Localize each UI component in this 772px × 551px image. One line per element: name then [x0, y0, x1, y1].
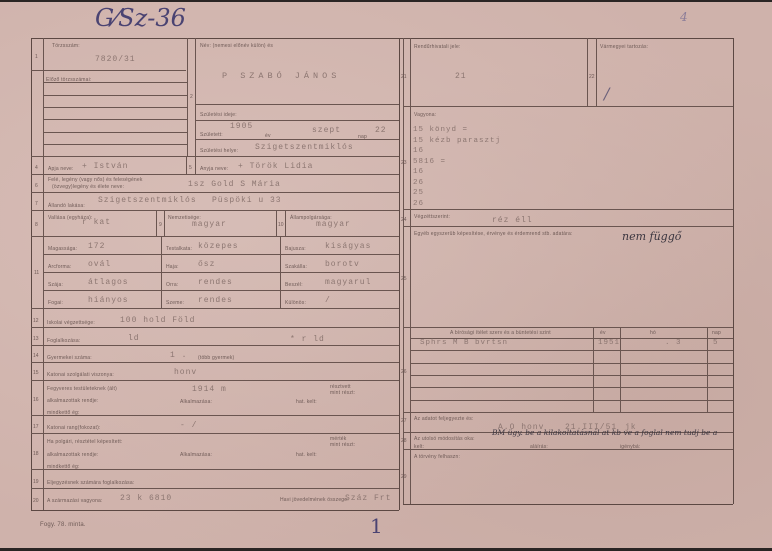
field-label: Az adatot feljegyezte és: [414, 416, 473, 422]
field-label: Született: [200, 132, 223, 138]
field-label: Anyja neve: [200, 166, 228, 172]
bottom-handwritten-mark: 1 [370, 514, 383, 538]
table-header: nap [712, 330, 721, 336]
field-number: 18 [33, 451, 39, 457]
address-city-value: Szigetszentmiklós [98, 196, 197, 205]
handwritten-remark: nem függő [622, 230, 681, 243]
field-label: Fogai: [48, 300, 63, 306]
description-value: magyarul [325, 278, 371, 287]
table-cell: 1951 [598, 339, 620, 347]
field-number: 8 [35, 222, 38, 228]
field-number: 9 [159, 222, 162, 228]
field-number: 13 [33, 336, 39, 342]
citizenship-value: magyar [316, 220, 351, 229]
field-number: 25 [401, 276, 407, 282]
table-cell: Sphrs M B bvrtsn [420, 339, 508, 347]
field-label: alkalmazottak rendje: [47, 452, 98, 458]
field-label: Arcforma: [48, 264, 71, 270]
nationality-value: magyar [192, 220, 227, 229]
field-number: 29 [401, 474, 407, 480]
description-value: borotv [325, 260, 360, 269]
field-label: Alkalmazása: [180, 399, 212, 405]
description-value: ovál [88, 260, 111, 269]
field-label: Végzéttszerint: [414, 214, 450, 220]
field-label: Az utolsó módosítás oka: [414, 436, 475, 442]
name-value: P SZABÓ JÁNOS [222, 71, 340, 81]
field-label: Vagyona: [414, 112, 436, 118]
field-number: 19 [33, 479, 39, 485]
description-value: 172 [88, 242, 105, 251]
handwritten-modification-note: BM ügy. be a kilakoltatásnál at kb ve a … [492, 428, 717, 437]
field-number: 27 [401, 418, 407, 424]
field-label: Gyermekei száma: [47, 355, 92, 361]
field-number: 15 [33, 370, 39, 376]
birth-place-value: Szigetszentmiklós [255, 143, 354, 152]
asset-line: 26 [413, 200, 424, 208]
field-label: Ha polgári, résztétel képesített: [47, 439, 123, 445]
asset-line: 25 [413, 189, 424, 197]
field-number: 12 [33, 318, 39, 324]
description-value: ősz [198, 260, 215, 269]
field-number: 24 [401, 217, 407, 223]
field-label: Foglalkozása: [47, 338, 80, 344]
field-label: Szeme: [166, 300, 184, 306]
field-number: 4 [35, 165, 38, 171]
field-label: Apja neve: [48, 166, 74, 172]
header-handwritten-note: G⁄Sz-36 [95, 4, 186, 32]
field-label: Állandó lakása: [48, 203, 85, 209]
occupation-note-value: * r ld [290, 335, 325, 344]
field-number: 28 [401, 438, 407, 444]
field-label: Különös: [285, 300, 306, 306]
field-label: Bajusza: [285, 246, 306, 252]
field-label: (több gyermek) [198, 355, 234, 361]
field-number: 22 [589, 74, 595, 80]
field-label: Katonai szolgálati viszonya: [47, 372, 114, 378]
birth-month-value: szept [312, 126, 341, 135]
father-name-value: + István [82, 162, 128, 171]
field-label: Havi jövedelmének összege: [280, 497, 349, 503]
field-number: 11 [34, 270, 39, 276]
military-status-value: honv [174, 368, 197, 377]
county-value: / [604, 84, 609, 103]
service-year-value: 1914 m [192, 385, 227, 394]
field-label: mint részt: [330, 390, 355, 396]
field-label: A törvény felhaszn: [414, 454, 460, 460]
table-cell: 5 [713, 339, 719, 347]
field-number: 23 [401, 160, 407, 166]
field-label: Születési helye: [200, 148, 238, 154]
field-label: Törzsszám: [52, 43, 80, 49]
field-label: Alkalmazása: [180, 452, 212, 458]
table-header: A bírósági ítélet szerv és a büntetési s… [450, 330, 551, 336]
field-number: 21 [401, 74, 407, 80]
field-label: Név: (nemesi előnév külön) és [200, 43, 273, 49]
asset-line: 15 könyd = [413, 126, 468, 134]
field-label: Testalkata: [166, 246, 192, 252]
field-label: Eljegyzésnek számára foglalkozása: [47, 480, 134, 486]
field-label: Egyéb egyszerûb képesítése, érvénye és é… [414, 231, 573, 237]
field-number: 1 [35, 54, 38, 60]
field-label: alkalmazottak rendje: [47, 398, 98, 404]
asset-line: 5816 = [413, 158, 446, 166]
field-number: 16 [33, 397, 39, 403]
office-code-value: 21 [455, 72, 467, 81]
table-header: hó [650, 330, 656, 336]
military-rank-value: - / [180, 421, 197, 430]
field-label: hat. kelt: [296, 399, 317, 405]
field-number: 2 [190, 94, 193, 100]
field-label: Szakálla: [285, 264, 307, 270]
field-number: 10 [278, 222, 284, 228]
children-count-value: 1 . [170, 351, 187, 360]
religion-value: r kat [82, 218, 111, 227]
field-label: Beszél: [285, 282, 303, 288]
asset-line: 26 [413, 179, 424, 187]
field-number: 14 [33, 353, 39, 359]
field-label: hat. kelt: [296, 452, 317, 458]
field-label: Születési ideje: [200, 112, 237, 118]
table-header: év [600, 330, 606, 336]
field-label: mint részt: [330, 442, 355, 448]
field-label: Rendűrhivatali jele: [414, 44, 461, 50]
description-value: közepes [198, 242, 239, 251]
income-value: Száz Frt [345, 494, 391, 503]
field-number: 5 [189, 165, 192, 171]
field-label: (özvegy)legény és élete neve: [52, 184, 124, 190]
field-label: A származási vagyona: [47, 498, 103, 504]
field-number: 7 [35, 201, 38, 207]
address-street-value: Püspöki u 33 [212, 196, 282, 205]
description-value: kiságyas [325, 242, 371, 251]
asset-line: 16 [413, 147, 424, 155]
assets-value: 23 k 6810 [120, 494, 172, 503]
field-label: Katonai rang(fokozat): [47, 425, 101, 431]
spouse-name-value: 1sz Gold S Mária [188, 180, 281, 189]
description-value: rendes [198, 278, 233, 287]
birth-day-value: 22 [375, 126, 387, 135]
field-label: Magassága: [48, 246, 77, 252]
field-number: 6 [35, 183, 38, 189]
field-label: Orra: [166, 282, 178, 288]
mother-name-value: + Török Lidia [238, 162, 313, 171]
field-label: Haja: [166, 264, 179, 270]
field-label: Felé, legény (vagy nős) és feleségének [48, 177, 143, 183]
qualification-value: réz éll [492, 216, 533, 225]
description-value: / [325, 296, 331, 305]
description-value: hiányos [88, 296, 129, 305]
corner-mark: 4 [680, 10, 688, 24]
form-sheet: G⁄Sz-36 4 1 Törzsszám: 7820/31 Előző tör… [0, 2, 772, 548]
field-label: Iskolai végzettsége: [47, 320, 95, 326]
asset-line: 15 kézb parasztj [413, 137, 501, 145]
field-number: 26 [401, 369, 407, 375]
field-number: 20 [33, 498, 39, 504]
table-cell: . 3 [665, 339, 682, 347]
occupation-value: ld [128, 334, 140, 343]
form-footer-code: Fogy. 78. minta. [40, 522, 86, 528]
description-value: átlagos [88, 278, 129, 287]
description-value: rendes [198, 296, 233, 305]
asset-line: 16 [413, 168, 424, 176]
field-number: 17 [33, 424, 39, 430]
birth-year-value: 1905 [230, 122, 253, 131]
field-label: Fegyveres testületeknek (ált) [47, 386, 117, 392]
education-value: 100 hold Föld [120, 316, 195, 325]
field-label: Szája: [48, 282, 63, 288]
registry-number-value: 7820/31 [95, 55, 136, 64]
field-label: Vármegyei tartozás: [600, 44, 648, 50]
